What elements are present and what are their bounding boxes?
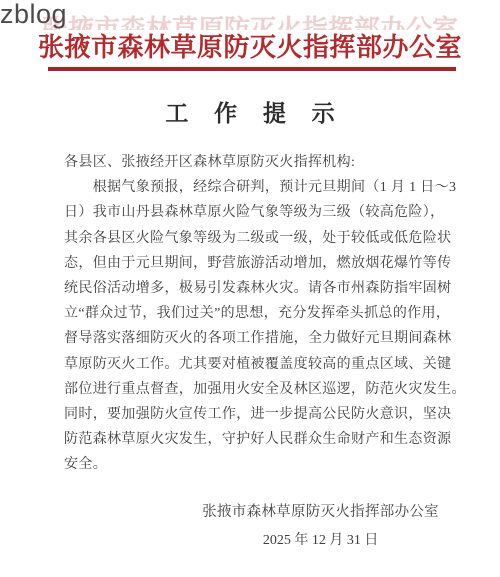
document-body: 各县区、张掖经开区森林草原防灭火指挥机构: 根据气象预报，经综合研判，预计元旦期… <box>64 150 439 477</box>
body-line: 态，但由于元旦期间，野营旅游活动增加，燃放烟花爆竹等传 <box>64 251 439 276</box>
header-divider-rule <box>48 67 456 71</box>
document-page: zblog 张掖市森林草原防灭火指挥部办公室 张掖市森林草原防灭火指挥部办公室 … <box>0 0 500 577</box>
body-line: 同时，要加强防火宣传工作，进一步提高公民防火意识，坚决 <box>64 402 439 427</box>
body-line: 安全。 <box>64 452 439 477</box>
signature-date: 2025 年 12 月 31 日 <box>202 533 439 549</box>
salutation-line: 各县区、张掖经开区森林草原防灭火指挥机构: <box>64 150 439 175</box>
signature-block: 张掖市森林草原防灭火指挥部办公室 2025 年 12 月 31 日 <box>202 504 439 549</box>
body-line: 草原防灭火工作。尤其要对植被覆盖度较高的重点区域、关键 <box>64 352 439 377</box>
body-line: 督导落实落细防灭火的各项工作措施，全力做好元旦期间森林 <box>64 326 439 351</box>
body-line: 根据气象预报，经综合研判，预计元旦期间（1 月 1 日～3 <box>64 175 439 200</box>
document-title: 工 作 提 示 <box>0 95 500 128</box>
body-line: 立“群众过节，我们过关”的思想，充分发挥牵头抓总的作用， <box>64 301 439 326</box>
body-line: 日）我市山丹县森林草原火险气象等级为三级（较高危险）， <box>64 200 439 225</box>
body-line: 统民俗活动增多，极易引发森林火灾。请各市州森防指牢固树 <box>64 276 439 301</box>
header-agency-title: 张掖市森林草原防灭火指挥部办公室 <box>0 27 500 64</box>
body-line: 其余各县区火险气象等级为二级或一级，处于较低或低危险状 <box>64 226 439 251</box>
signature-agency: 张掖市森林草原防灭火指挥部办公室 <box>202 504 439 521</box>
body-line: 部位进行重点督查，加强用火安全及林区巡逻，防范火灾发生。 <box>64 377 439 402</box>
body-line: 防范森林草原火灾发生，守护好人民群众生命财产和生态资源 <box>64 427 439 452</box>
